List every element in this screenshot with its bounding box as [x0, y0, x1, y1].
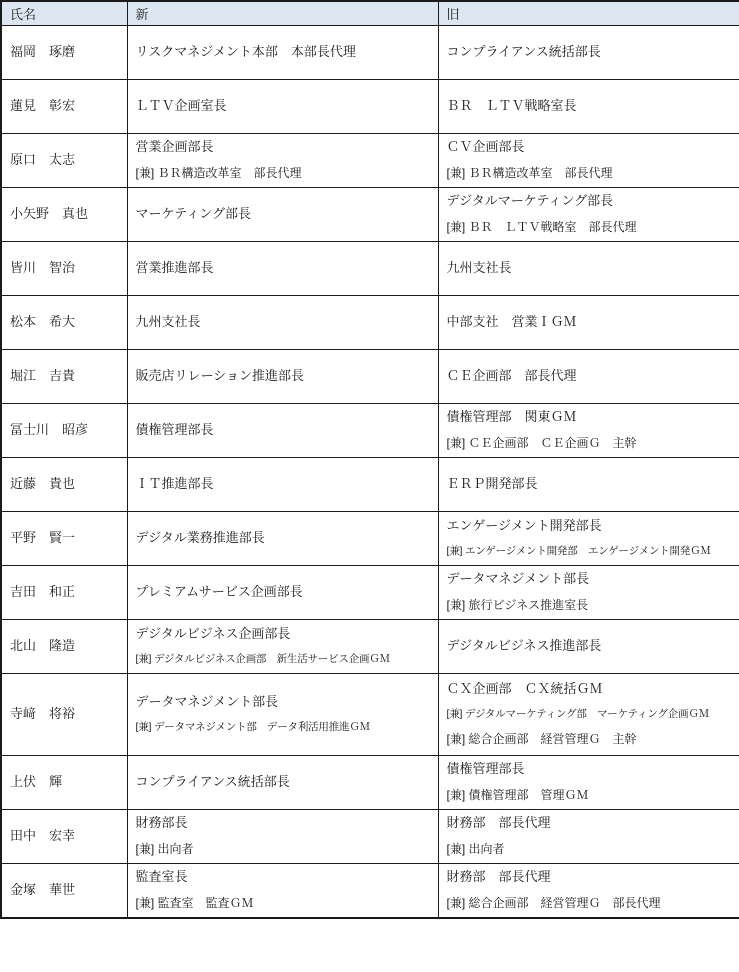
new-position-cell: コンプライアンス統括部長	[127, 756, 438, 810]
new-position-cell: 営業推進部長	[127, 242, 438, 296]
person-name: 堀江 吉貴	[10, 368, 119, 385]
new-position-cell: デジタル業務推進部長	[127, 512, 438, 566]
position-line: プレミアムサービス企画部長	[136, 584, 430, 601]
new-position-cell: 債権管理部長	[127, 404, 438, 458]
table-row: 蓮見 彰宏 ＬＴＶ企画室長 ＢＲ ＬＴＶ戦略室長	[1, 80, 739, 134]
position-line: [兼] エンゲージメント開発部 エンゲージメント開発ＧＭ	[447, 545, 732, 559]
person-name: 原口 太志	[10, 152, 119, 169]
position-line: データマネジメント部長	[447, 571, 732, 588]
position-line: 債権管理部 関東ＧＭ	[447, 409, 732, 426]
position-line: デジタルビジネス推進部長	[447, 638, 732, 655]
old-position-cell: データマネジメント部長[兼] 旅行ビジネス推進室長	[438, 566, 739, 620]
table-row: 平野 賢一 デジタル業務推進部長 エンゲージメント開発部長[兼] エンゲージメン…	[1, 512, 739, 566]
name-cell: 北山 隆造	[1, 620, 127, 674]
position-line: 監査室長	[136, 869, 430, 886]
position-line: 九州支社長	[447, 260, 732, 277]
position-line: ＥＲＰ開発部長	[447, 476, 732, 493]
position-line: エンゲージメント開発部長	[447, 518, 732, 535]
position-line: 営業企画部長	[136, 139, 430, 156]
old-position-cell: ＣＸ企画部 ＣＸ統括ＧＭ[兼] デジタルマーケティング部 マーケティング企画ＧＭ…	[438, 674, 739, 756]
position-line: デジタルビジネス企画部長	[136, 626, 430, 643]
table-row: 寺﨑 将裕 データマネジメント部長[兼] データマネジメント部 データ利活用推進…	[1, 674, 739, 756]
position-line: 財務部 部長代理	[447, 869, 732, 886]
position-line: [兼] データマネジメント部 データ利活用推進ＧＭ	[136, 721, 430, 735]
name-cell: 松本 希大	[1, 296, 127, 350]
person-name: 皆川 智治	[10, 260, 119, 277]
old-position-cell: エンゲージメント開発部長[兼] エンゲージメント開発部 エンゲージメント開発ＧＭ	[438, 512, 739, 566]
position-line: [兼] ＣＥ企画部 ＣＥ企画Ｇ 主幹	[447, 436, 732, 452]
position-line: ＣＥ企画部 部長代理	[447, 368, 732, 385]
table-row: 田中 宏幸 財務部長[兼] 出向者 財務部 部長代理[兼] 出向者	[1, 810, 739, 864]
position-line: 中部支社 営業ＩＧＭ	[447, 314, 732, 331]
position-line: ＣＸ企画部 ＣＸ統括ＧＭ	[447, 681, 732, 698]
position-line: [兼] 監査室 監査ＧＭ	[136, 896, 430, 912]
position-line: 販売店リレーション推進部長	[136, 368, 430, 385]
table-row: 近藤 貴也 ＩＴ推進部長 ＥＲＰ開発部長	[1, 458, 739, 512]
name-cell: 寺﨑 将裕	[1, 674, 127, 756]
table-row: 原口 太志 営業企画部長[兼] ＢＲ構造改革室 部長代理 ＣＶ企画部長[兼] Ｂ…	[1, 134, 739, 188]
person-name: 小矢野 真也	[10, 206, 119, 223]
old-position-cell: 九州支社長	[438, 242, 739, 296]
new-position-cell: ＬＴＶ企画室長	[127, 80, 438, 134]
old-position-cell: コンプライアンス統括部長	[438, 26, 739, 80]
position-line: [兼] デジタルマーケティング部 マーケティング企画ＧＭ	[447, 708, 732, 722]
person-name: 吉田 和正	[10, 584, 119, 601]
position-line: デジタル業務推進部長	[136, 530, 430, 547]
position-line: ＩＴ推進部長	[136, 476, 430, 493]
new-position-cell: 営業企画部長[兼] ＢＲ構造改革室 部長代理	[127, 134, 438, 188]
position-line: [兼] 旅行ビジネス推進室長	[447, 598, 732, 614]
person-name: 北山 隆造	[10, 638, 119, 655]
position-line: [兼] 出向者	[447, 842, 732, 858]
new-position-cell: データマネジメント部長[兼] データマネジメント部 データ利活用推進ＧＭ	[127, 674, 438, 756]
new-position-cell: 財務部長[兼] 出向者	[127, 810, 438, 864]
position-line: [兼] 債権管理部 管理ＧＭ	[447, 788, 732, 804]
position-line: デジタルマーケティング部長	[447, 193, 732, 210]
position-line: コンプライアンス統括部長	[447, 44, 732, 61]
table-row: 上伏 輝 コンプライアンス統括部長 債権管理部長[兼] 債権管理部 管理ＧＭ	[1, 756, 739, 810]
person-name: 平野 賢一	[10, 530, 119, 547]
table-row: 金塚 華世 監査室長[兼] 監査室 監査ＧＭ 財務部 部長代理[兼] 総合企画部…	[1, 864, 739, 918]
old-position-cell: デジタルビジネス推進部長	[438, 620, 739, 674]
old-position-cell: 債権管理部長[兼] 債権管理部 管理ＧＭ	[438, 756, 739, 810]
position-line: ＬＴＶ企画室長	[136, 98, 430, 115]
table-row: 冨士川 昭彦 債権管理部長 債権管理部 関東ＧＭ[兼] ＣＥ企画部 ＣＥ企画Ｇ …	[1, 404, 739, 458]
position-line: 債権管理部長	[136, 422, 430, 439]
header-cell-name: 氏名	[1, 1, 127, 26]
person-name: 田中 宏幸	[10, 828, 119, 845]
position-line: 財務部 部長代理	[447, 815, 732, 832]
position-line: [兼] ＢＲ構造改革室 部長代理	[447, 166, 732, 182]
table-row: 福岡 琢磨 リスクマネジメント本部 本部長代理 コンプライアンス統括部長	[1, 26, 739, 80]
position-line: [兼] 総合企画部 経営管理Ｇ 主幹	[447, 732, 732, 748]
position-line: データマネジメント部長	[136, 694, 430, 711]
new-position-cell: 監査室長[兼] 監査室 監査ＧＭ	[127, 864, 438, 918]
name-cell: 吉田 和正	[1, 566, 127, 620]
position-line: 営業推進部長	[136, 260, 430, 277]
personnel-change-sheet: 氏名 新 旧 福岡 琢磨 リスクマネジメント本部 本部長代理 コンプライアンス統…	[0, 0, 739, 972]
person-name: 近藤 貴也	[10, 476, 119, 493]
position-line: [兼] ＢＲ構造改革室 部長代理	[136, 166, 430, 182]
new-position-cell: デジタルビジネス企画部長[兼] デジタルビジネス企画部 新生活サービス企画ＧＭ	[127, 620, 438, 674]
new-position-cell: 販売店リレーション推進部長	[127, 350, 438, 404]
old-position-cell: ＢＲ ＬＴＶ戦略室長	[438, 80, 739, 134]
person-name: 金塚 華世	[10, 882, 119, 899]
position-line: [兼] 総合企画部 経営管理Ｇ 部長代理	[447, 896, 732, 912]
name-cell: 冨士川 昭彦	[1, 404, 127, 458]
name-cell: 福岡 琢磨	[1, 26, 127, 80]
table-row: 松本 希大 九州支社長 中部支社 営業ＩＧＭ	[1, 296, 739, 350]
name-cell: 平野 賢一	[1, 512, 127, 566]
position-line: ＣＶ企画部長	[447, 139, 732, 156]
position-line: ＢＲ ＬＴＶ戦略室長	[447, 98, 732, 115]
new-position-cell: 九州支社長	[127, 296, 438, 350]
position-line: マーケティング部長	[136, 206, 430, 223]
header-cell-new: 新	[127, 1, 438, 26]
old-position-cell: ＣＶ企画部長[兼] ＢＲ構造改革室 部長代理	[438, 134, 739, 188]
position-line: 債権管理部長	[447, 761, 732, 778]
old-position-cell: デジタルマーケティング部長[兼] ＢＲ ＬＴＶ戦略室 部長代理	[438, 188, 739, 242]
person-name: 上伏 輝	[10, 774, 119, 791]
name-cell: 小矢野 真也	[1, 188, 127, 242]
name-cell: 原口 太志	[1, 134, 127, 188]
position-line: リスクマネジメント本部 本部長代理	[136, 44, 430, 61]
person-name: 冨士川 昭彦	[10, 422, 119, 439]
person-name: 寺﨑 将裕	[10, 706, 119, 723]
table-row: 吉田 和正 プレミアムサービス企画部長 データマネジメント部長[兼] 旅行ビジネ…	[1, 566, 739, 620]
table-row: 皆川 智治 営業推進部長 九州支社長	[1, 242, 739, 296]
name-cell: 蓮見 彰宏	[1, 80, 127, 134]
header-row: 氏名 新 旧	[1, 1, 739, 26]
header-cell-old: 旧	[438, 1, 739, 26]
name-cell: 金塚 華世	[1, 864, 127, 918]
new-position-cell: リスクマネジメント本部 本部長代理	[127, 26, 438, 80]
old-position-cell: ＥＲＰ開発部長	[438, 458, 739, 512]
new-position-cell: プレミアムサービス企画部長	[127, 566, 438, 620]
position-line: 財務部長	[136, 815, 430, 832]
position-line: [兼] ＢＲ ＬＴＶ戦略室 部長代理	[447, 220, 732, 236]
new-position-cell: マーケティング部長	[127, 188, 438, 242]
name-cell: 堀江 吉貴	[1, 350, 127, 404]
position-line: [兼] 出向者	[136, 842, 430, 858]
table-row: 小矢野 真也 マーケティング部長 デジタルマーケティング部長[兼] ＢＲ ＬＴＶ…	[1, 188, 739, 242]
personnel-change-table: 氏名 新 旧 福岡 琢磨 リスクマネジメント本部 本部長代理 コンプライアンス統…	[0, 0, 739, 919]
name-cell: 近藤 貴也	[1, 458, 127, 512]
old-position-cell: 財務部 部長代理[兼] 出向者	[438, 810, 739, 864]
name-cell: 田中 宏幸	[1, 810, 127, 864]
position-line: コンプライアンス統括部長	[136, 774, 430, 791]
new-position-cell: ＩＴ推進部長	[127, 458, 438, 512]
table-row: 堀江 吉貴 販売店リレーション推進部長 ＣＥ企画部 部長代理	[1, 350, 739, 404]
old-position-cell: ＣＥ企画部 部長代理	[438, 350, 739, 404]
name-cell: 上伏 輝	[1, 756, 127, 810]
table-row: 北山 隆造 デジタルビジネス企画部長[兼] デジタルビジネス企画部 新生活サービ…	[1, 620, 739, 674]
name-cell: 皆川 智治	[1, 242, 127, 296]
position-line: [兼] デジタルビジネス企画部 新生活サービス企画ＧＭ	[136, 653, 430, 667]
old-position-cell: 債権管理部 関東ＧＭ[兼] ＣＥ企画部 ＣＥ企画Ｇ 主幹	[438, 404, 739, 458]
old-position-cell: 財務部 部長代理[兼] 総合企画部 経営管理Ｇ 部長代理	[438, 864, 739, 918]
person-name: 松本 希大	[10, 314, 119, 331]
old-position-cell: 中部支社 営業ＩＧＭ	[438, 296, 739, 350]
person-name: 蓮見 彰宏	[10, 98, 119, 115]
person-name: 福岡 琢磨	[10, 44, 119, 61]
position-line: 九州支社長	[136, 314, 430, 331]
